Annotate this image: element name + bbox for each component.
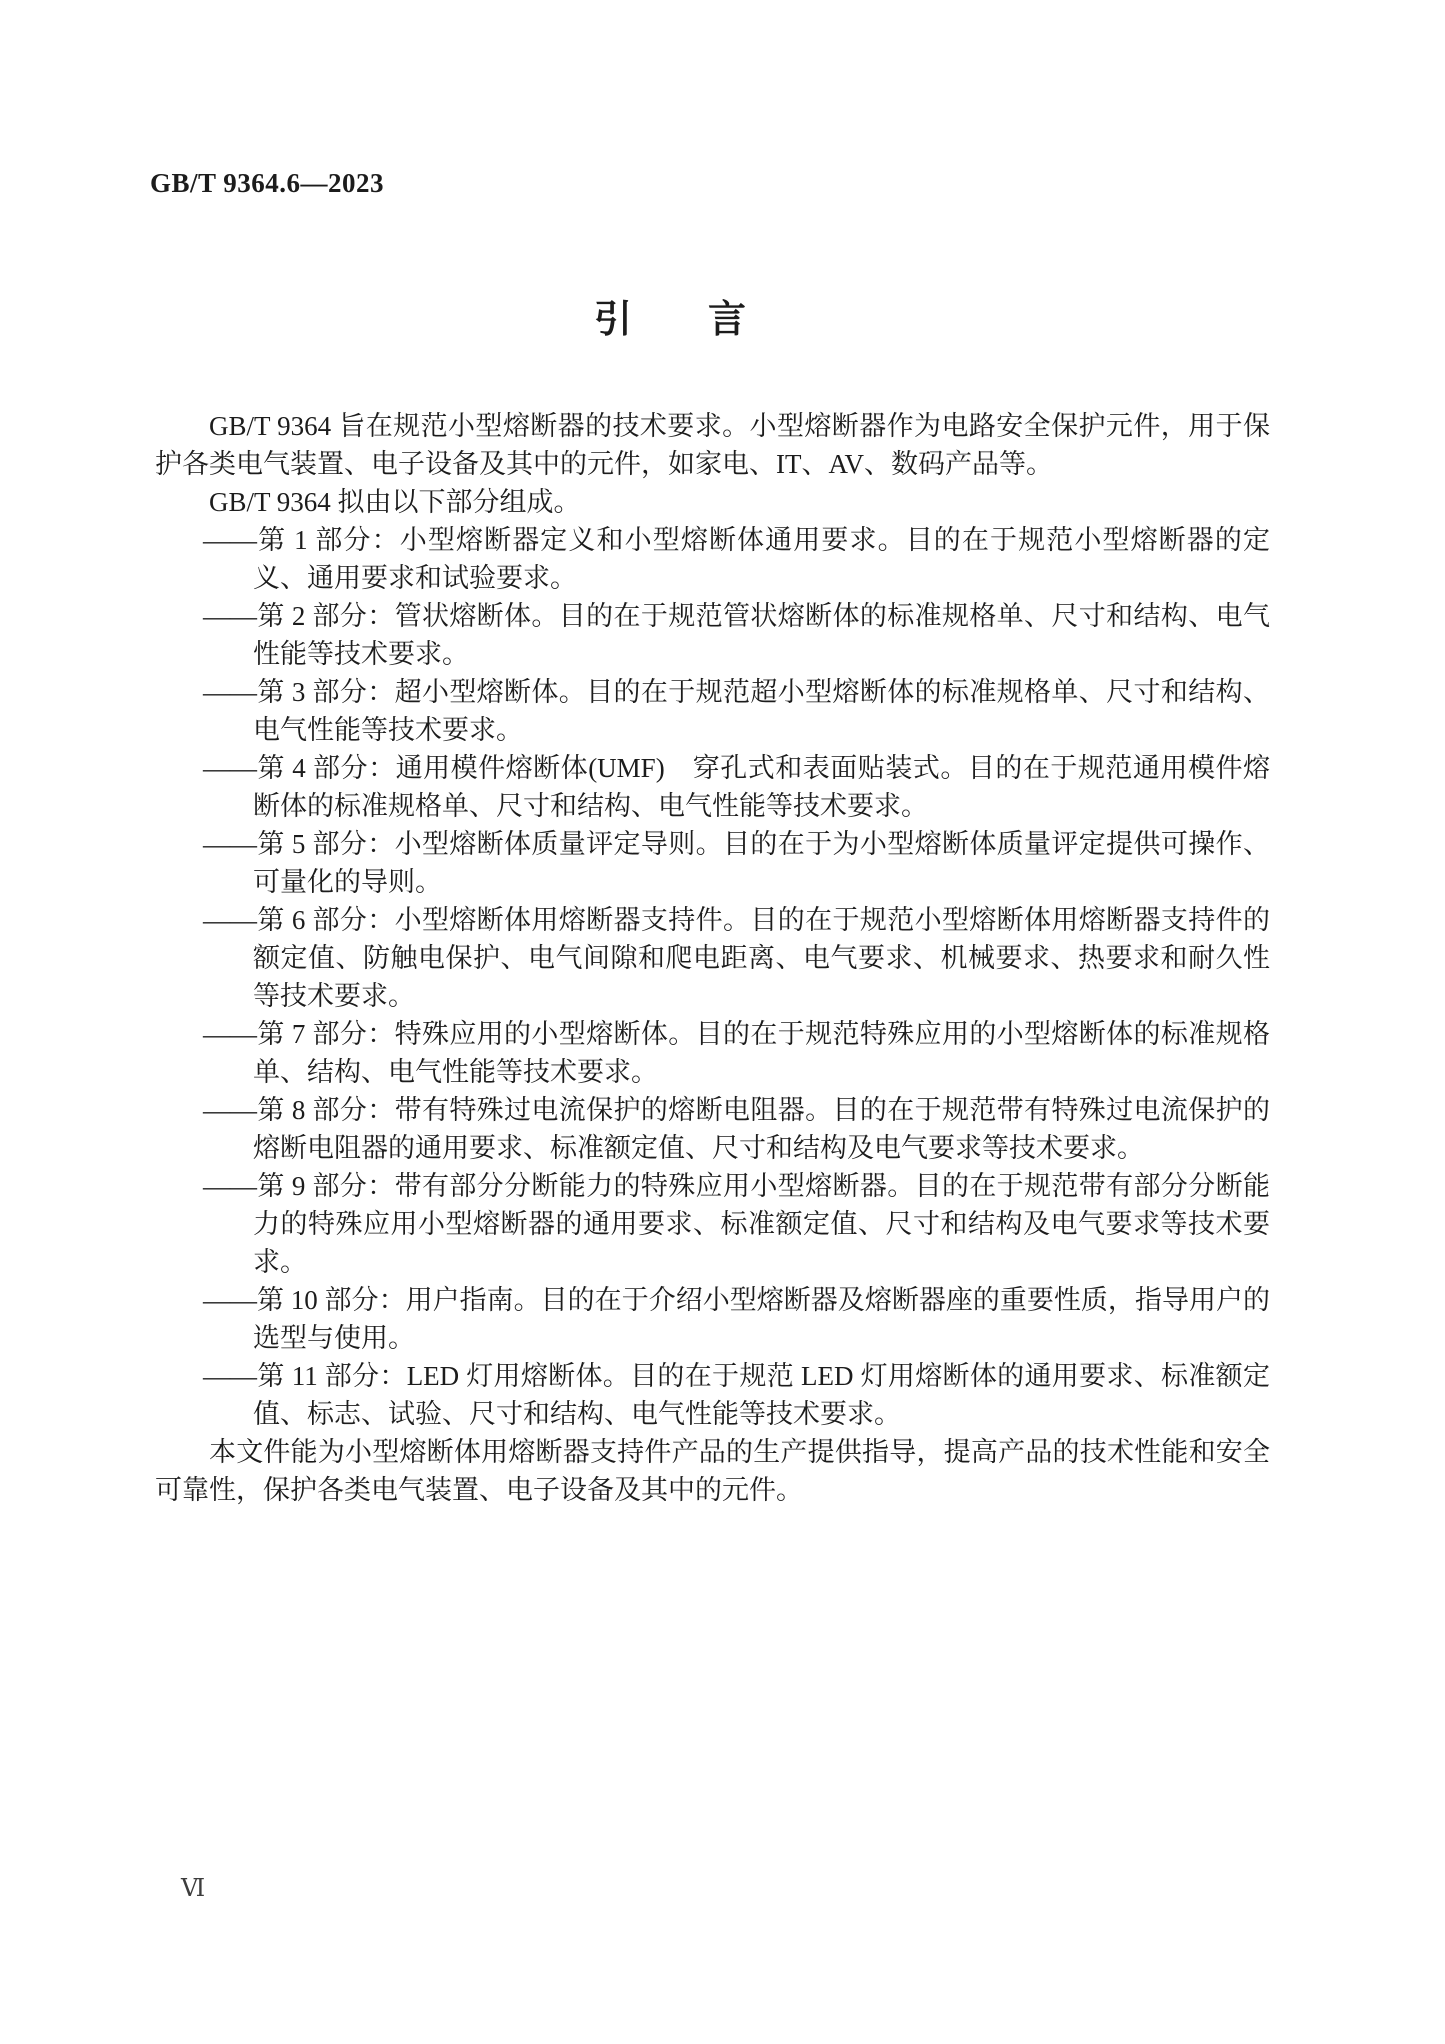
part-item-6: ——第 6 部分：小型熔断体用熔断器支持件。目的在于规范小型熔断体用熔断器支持件…	[155, 901, 1270, 1015]
part-item-2: ——第 2 部分：管状熔断体。目的在于规范管状熔断体的标准规格单、尺寸和结构、电…	[155, 597, 1270, 673]
introduction-body: GB/T 9364 旨在规范小型熔断器的技术要求。小型熔断器作为电路安全保护元件…	[155, 407, 1270, 1509]
part-item-1: ——第 1 部分：小型熔断器定义和小型熔断体通用要求。目的在于规范小型熔断器的定…	[155, 521, 1270, 597]
doc-number: GB/T 9364.6—2023	[150, 168, 384, 199]
part-item-5: ——第 5 部分：小型熔断体质量评定导则。目的在于为小型熔断体质量评定提供可操作…	[155, 825, 1270, 901]
part-item-7: ——第 7 部分：特殊应用的小型熔断体。目的在于规范特殊应用的小型熔断体的标准规…	[155, 1015, 1270, 1091]
page-number: Ⅵ	[181, 1874, 205, 1903]
intro-paragraph-composition: GB/T 9364 拟由以下部分组成。	[155, 483, 1270, 521]
part-item-11: ——第 11 部分：LED 灯用熔断体。目的在于规范 LED 灯用熔断体的通用要…	[155, 1357, 1270, 1433]
part-item-10: ——第 10 部分：用户指南。目的在于介绍小型熔断器及熔断器座的重要性质，指导用…	[155, 1281, 1270, 1357]
intro-paragraph-scope: GB/T 9364 旨在规范小型熔断器的技术要求。小型熔断器作为电路安全保护元件…	[155, 407, 1270, 483]
page-title: 引 言	[155, 288, 1185, 343]
part-item-3: ——第 3 部分：超小型熔断体。目的在于规范超小型熔断体的标准规格单、尺寸和结构…	[155, 673, 1270, 749]
parts-list: ——第 1 部分：小型熔断器定义和小型熔断体通用要求。目的在于规范小型熔断器的定…	[155, 521, 1270, 1433]
intro-paragraph-closing: 本文件能为小型熔断体用熔断器支持件产品的生产提供指导，提高产品的技术性能和安全可…	[155, 1433, 1270, 1509]
part-item-9: ——第 9 部分：带有部分分断能力的特殊应用小型熔断器。目的在于规范带有部分分断…	[155, 1167, 1270, 1281]
part-item-8: ——第 8 部分：带有特殊过电流保护的熔断电阻器。目的在于规范带有特殊过电流保护…	[155, 1091, 1270, 1167]
part-item-4: ——第 4 部分：通用模件熔断体(UMF) 穿孔式和表面贴装式。目的在于规范通用…	[155, 749, 1270, 825]
